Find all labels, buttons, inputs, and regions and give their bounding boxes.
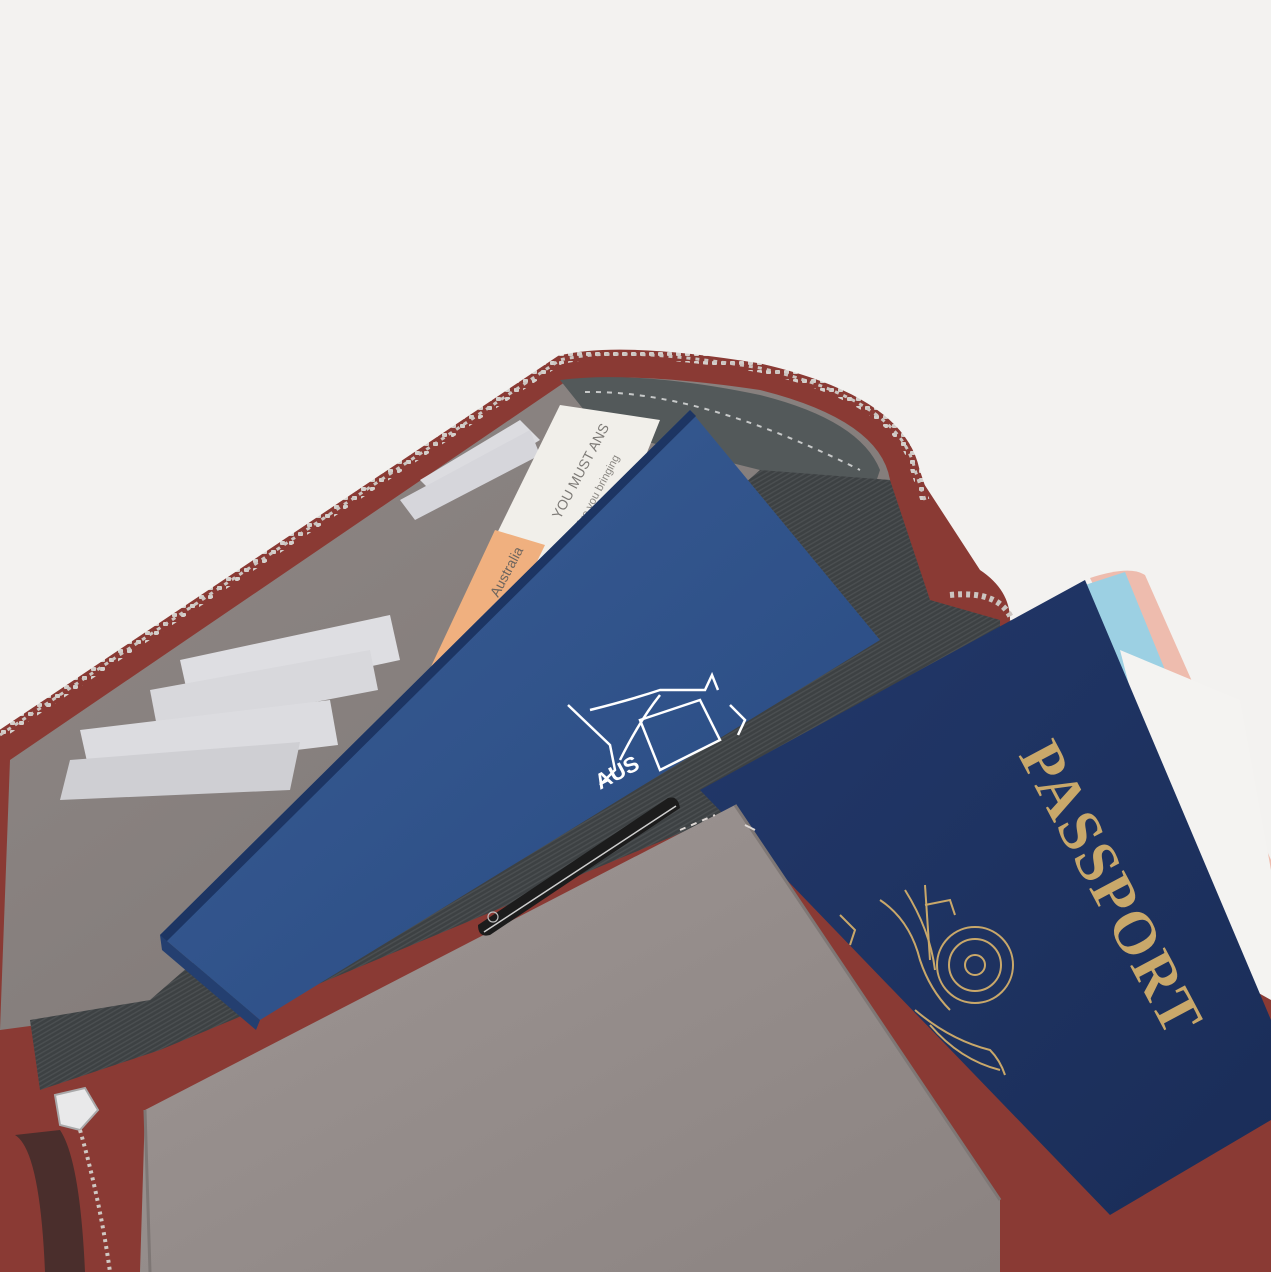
product-photo: YOU MUST ANS Are you bringing Australia …	[0, 0, 1271, 1272]
